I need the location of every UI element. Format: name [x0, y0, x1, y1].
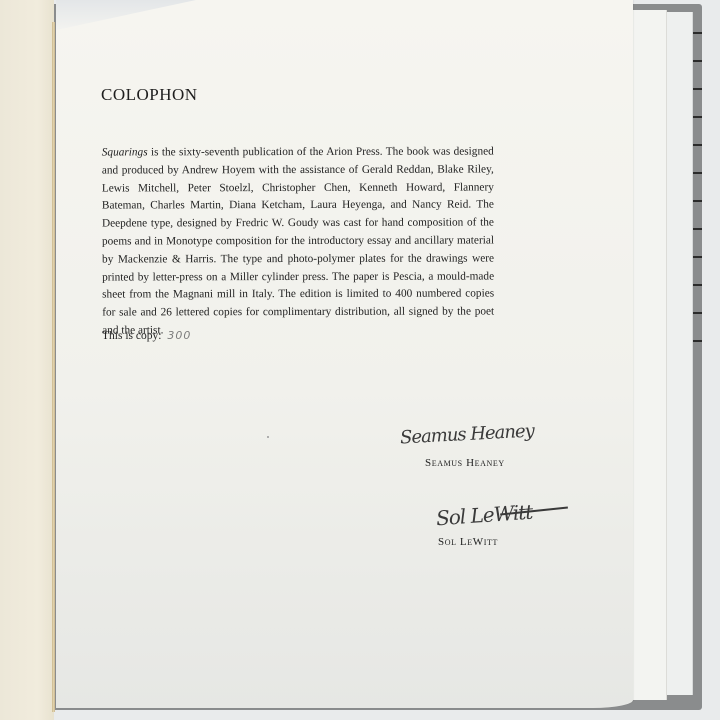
copy-label: This is copy:	[102, 330, 161, 342]
stitch-mark	[692, 284, 702, 286]
colophon-body: Squarings is the sixty-seventh publicati…	[102, 143, 495, 340]
stitch-mark	[692, 116, 702, 118]
stitch-mark	[692, 200, 702, 202]
paper-speck	[267, 436, 269, 438]
book-photo: COLOPHON Squarings is the sixty-seventh …	[0, 0, 720, 720]
stitch-mark	[692, 32, 702, 34]
stitch-mark	[692, 256, 702, 258]
stitch-mark	[692, 88, 702, 90]
copy-line: This is copy:300	[102, 329, 191, 342]
book-gutter	[52, 22, 55, 712]
left-page	[0, 0, 54, 720]
stitch-mark	[692, 144, 702, 146]
stitch-mark	[692, 228, 702, 230]
colophon-heading: COLOPHON	[101, 85, 198, 105]
printed-name-heaney: Seamus Heaney	[425, 457, 505, 469]
page-curl	[56, 0, 196, 30]
colophon-body-text: is the sixty-seventh publication of the …	[102, 145, 494, 336]
copy-number: 300	[167, 329, 191, 342]
stitch-mark	[692, 60, 702, 62]
stitch-mark	[692, 172, 702, 174]
printed-name-lewitt: Sol LeWitt	[438, 536, 498, 548]
book-title: Squarings	[102, 146, 148, 158]
stitch-mark	[692, 312, 702, 314]
colophon-page	[56, 0, 633, 708]
stitch-mark	[692, 340, 702, 342]
